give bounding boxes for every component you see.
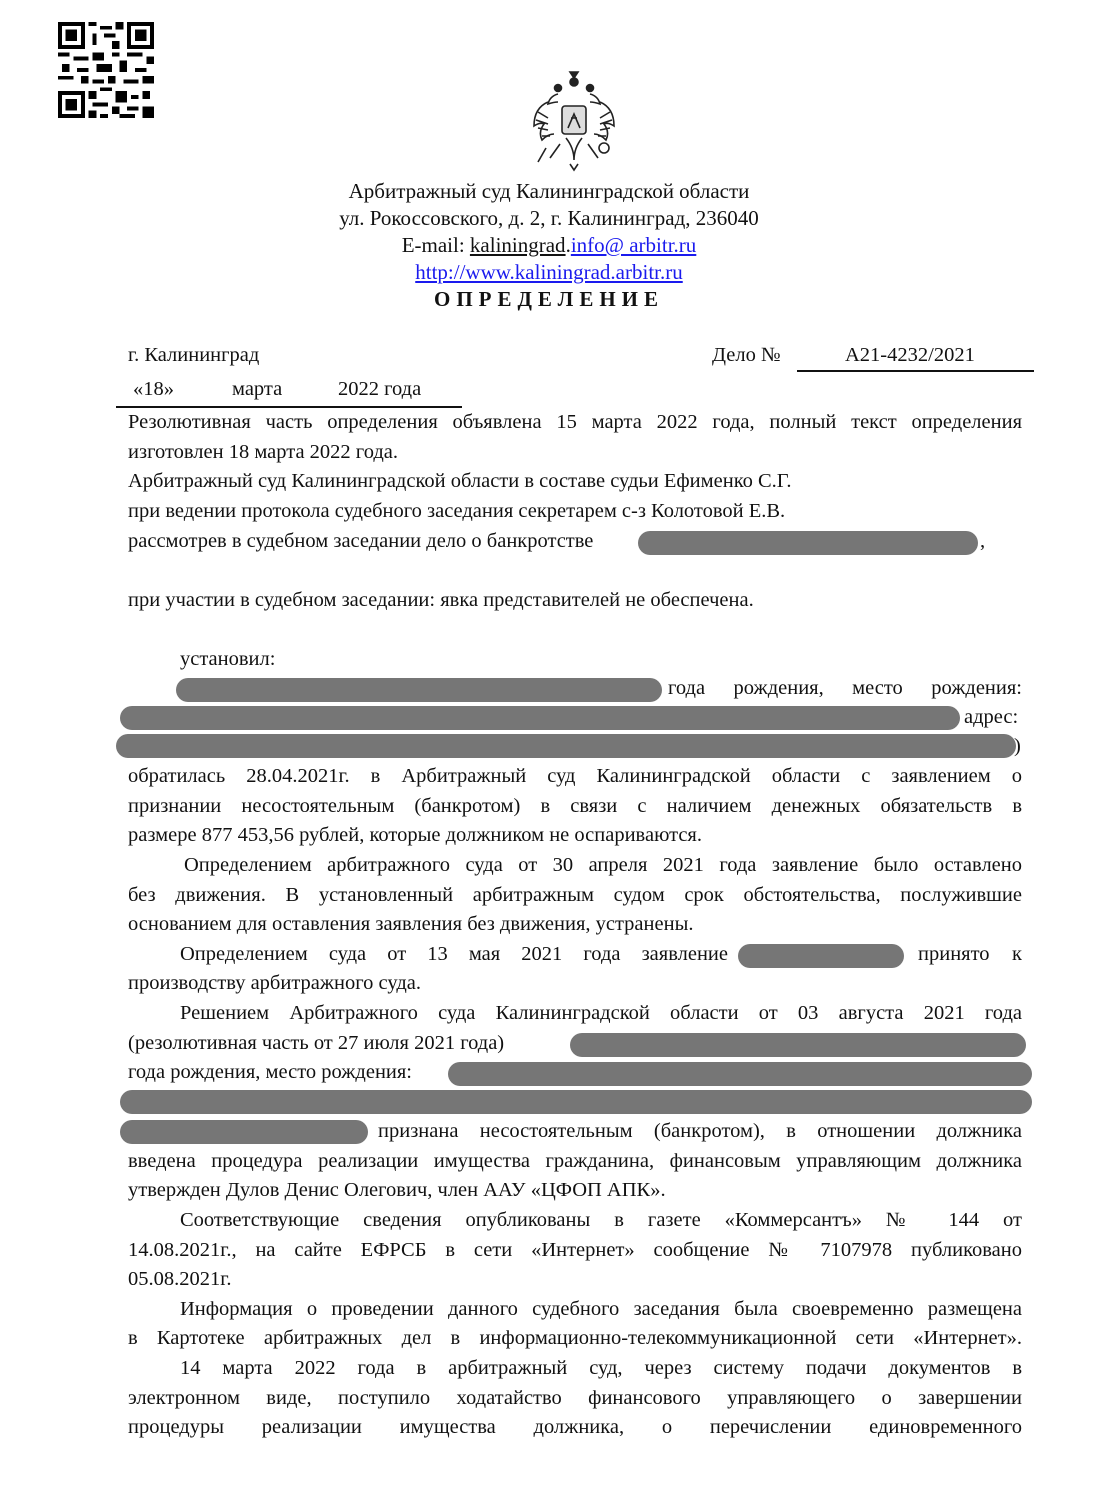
judge-line: Арбитражный суд Калининградской области … [128,468,791,494]
body-line: 14 марта 2022 года в арбитражный суд, че… [180,1355,1022,1381]
body-line: 14.08.2021г., на сайте ЕФРСБ в сети «Инт… [128,1237,1022,1263]
body-line: (резолютивная часть от 27 июля 2021 года… [128,1030,504,1056]
redacted-block [738,944,904,968]
court-email: E-mail: kaliningrad.info@ arbitr.ru [0,232,1098,259]
body-line: Определением суда от 13 мая 2021 года за… [180,941,728,967]
case-number-underline [797,370,1034,372]
body-line: 05.08.2021г. [128,1266,231,1292]
secretary-line: при ведении протокола судебного заседани… [128,498,785,524]
date-year: 2022 года [338,376,421,402]
qr-code-icon [58,22,154,118]
city: г. Калининград [128,342,259,368]
court-website: http://www.kaliningrad.arbitr.ru [0,259,1098,286]
redacted-block [570,1033,1026,1057]
body-line: процедуры реализации имущества должника,… [128,1414,1022,1440]
body-line: утвержден Дулов Денис Олегович, член ААУ… [128,1177,666,1203]
body-line: принято к [918,941,1022,967]
court-name: Арбитражный суд Калининградской области [0,178,1098,205]
website-link[interactable]: http://www.kaliningrad.arbitr.ru [415,260,683,284]
coat-of-arms-icon [528,68,620,172]
body-line: Соответствующие сведения опубликованы в … [180,1207,1022,1233]
body-line: производству арбитражного суда. [128,970,421,996]
case-subject-line: рассмотрев в судебном заседании дело о б… [128,528,593,554]
document-title: ОПРЕДЕЛЕНИЕ [0,286,1098,313]
email-link[interactable]: info@ arbitr.ru [571,233,696,257]
established-heading: установил: [180,646,275,672]
body-line: признании несостоятельным (банкротом) в … [128,793,1022,819]
body-line: признана несостоятельным (банкротом), в … [378,1118,1022,1144]
redacted-block [176,678,662,702]
body-line: Резолютивная часть определения объявлена… [128,409,1022,435]
court-address: ул. Рокоссовского, д. 2, г. Калининград,… [0,205,1098,232]
punct: , [980,528,985,554]
email-part-1[interactable]: kaliningrad [470,233,566,257]
redacted-block [448,1062,1032,1086]
case-number: А21-4232/2021 [845,342,975,368]
redacted-block [120,706,960,730]
body-line: адрес: [964,704,1018,730]
email-label: E-mail: [402,233,470,257]
body-line: без движения. В установленный арбитражны… [128,882,1022,908]
body-line: введена процедура реализации имущества г… [128,1148,1022,1174]
body-line: Решением Арбитражного суда Калининградск… [180,1000,1022,1026]
body-line: изготовлен 18 марта 2022 года. [128,439,398,465]
body-line: размере 877 453,56 рублей, которые должн… [128,822,702,848]
body-line: года рождения, место рождения: [668,675,1022,701]
date-month: марта [232,376,282,402]
body-line: Информация о проведении данного судебног… [180,1296,1022,1322]
redacted-block [116,734,1016,758]
case-label: Дело № [712,342,781,368]
redacted-block [638,531,978,555]
attendance-line: при участии в судебном заседании: явка п… [128,587,754,613]
date-day: «18» [133,376,174,402]
body-line: электронном виде, поступило ходатайство … [128,1385,1022,1411]
date-underline [116,406,462,408]
body-line: года рождения, место рождения: [128,1059,412,1085]
body-line: обратилась 28.04.2021г. в Арбитражный су… [128,763,1022,789]
body-line: в Картотеке арбитражных дел в информацио… [128,1325,1022,1351]
body-line: Определением арбитражного суда от 30 апр… [184,852,1022,878]
redacted-block [120,1090,1032,1114]
redacted-block [120,1120,368,1144]
punct: ) [1014,733,1021,759]
body-line: основанием для оставления заявления без … [128,911,693,937]
